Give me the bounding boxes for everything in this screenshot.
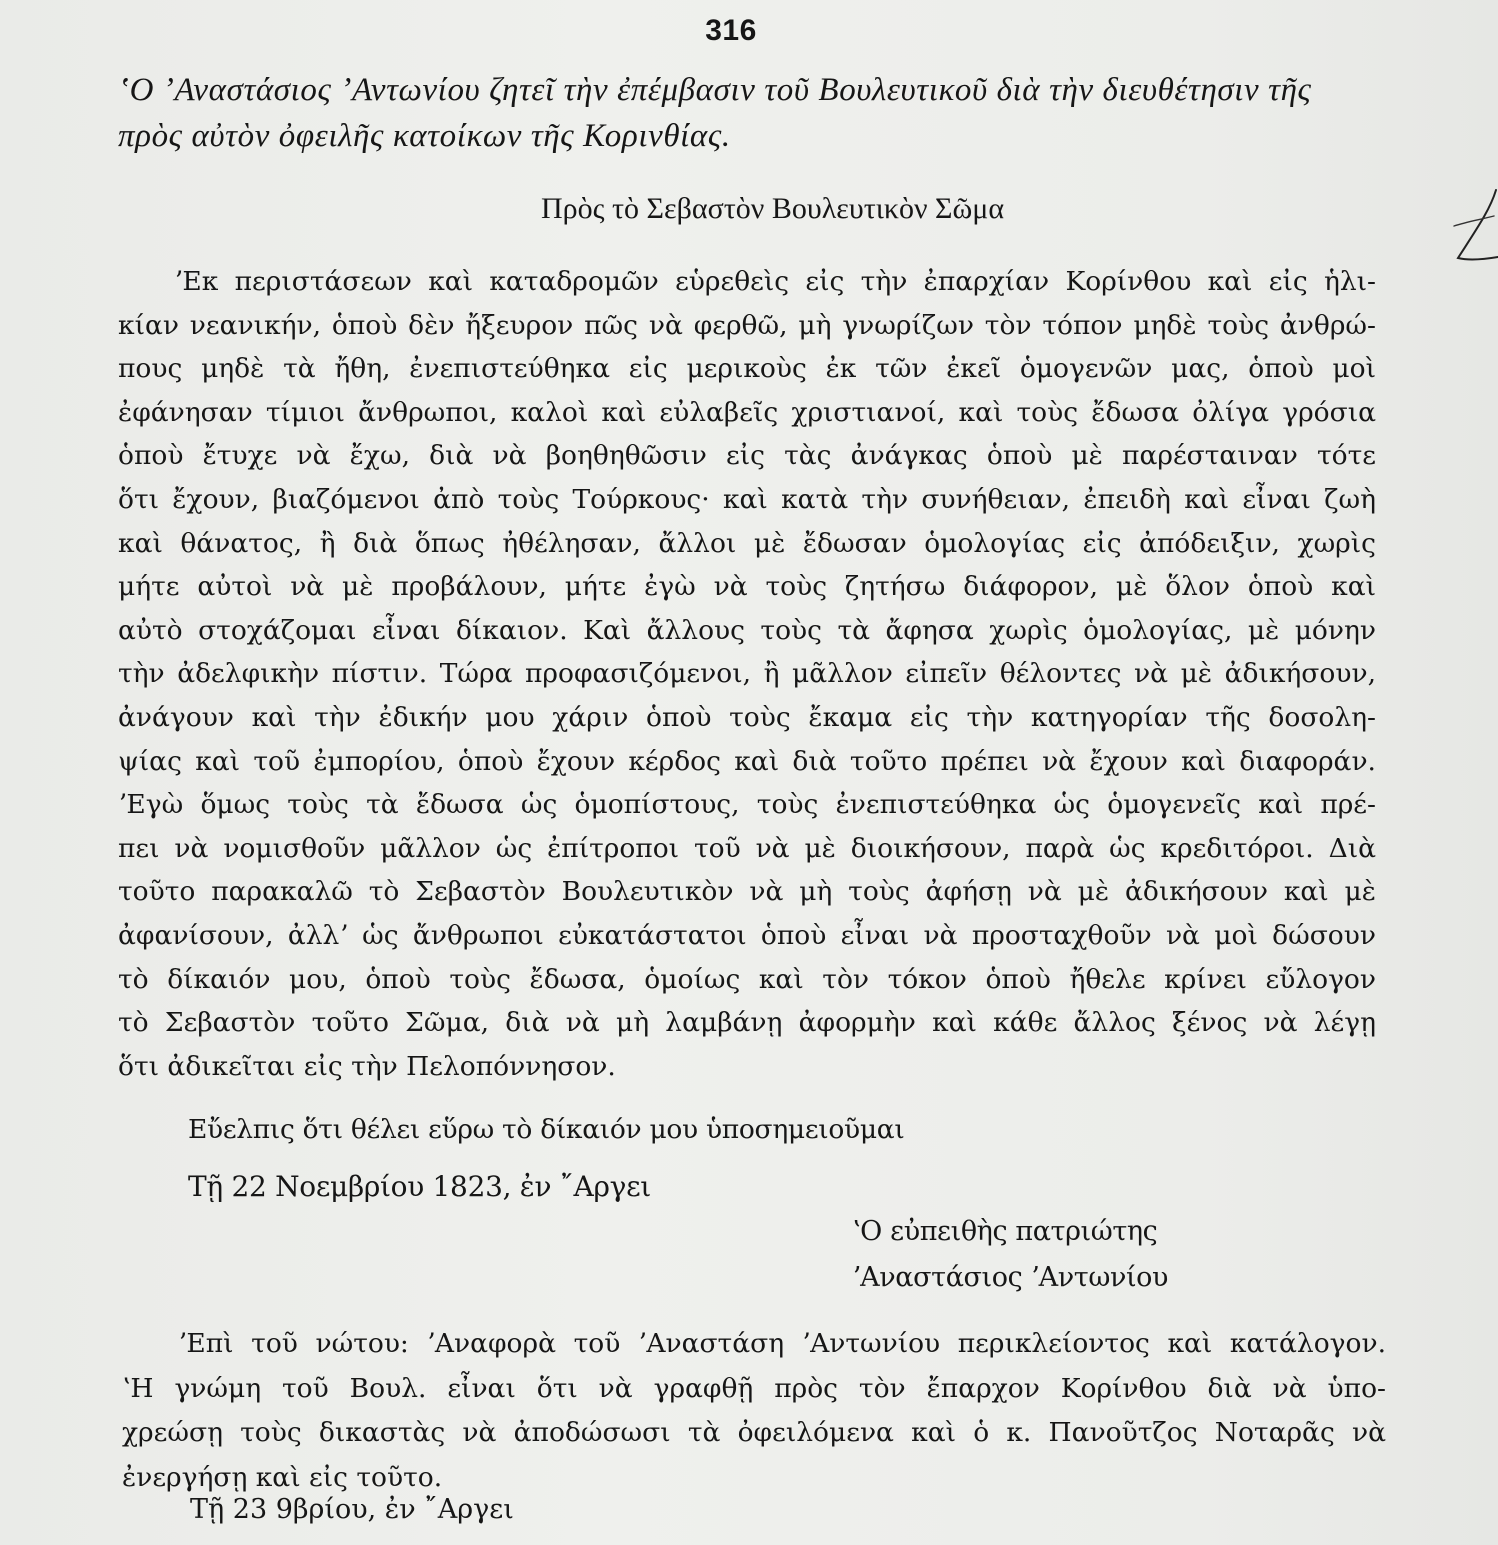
body-line: αὐτὸ στοχάζομαι εἶναι δίκαιον. Καὶ ἄλλου… xyxy=(118,609,1376,653)
address-line: Πρὸς τὸ Σεβαστὸν Βουλευτικὸν Σῶμα xyxy=(0,192,1498,226)
signature-name: ʼΑναστάσιος ʼΑντωνίου xyxy=(852,1262,1168,1293)
body-line: πει νὰ νομισθοῦν μᾶλλον ὡς ἐπίτροποι τοῦ… xyxy=(118,827,1376,871)
body-line: μήτε αὐτοὶ νὰ μὲ προβάλουν, μήτε ἐγὼ νὰ … xyxy=(118,565,1376,609)
heading-line-1: ʽΟ ʼΑναστάσιος ʼΑντωνίου ζητεῖ τὴν ἐπέμβ… xyxy=(118,72,1312,109)
letter-body: ʼΕκ περιστάσεων καὶ καταδρομῶν εὑρεθεὶς … xyxy=(118,260,1376,1088)
body-line: καὶ θάνατος, ἢ διὰ ὅπως ἠθέλησαν, ἄλλοι … xyxy=(118,522,1376,566)
closing-line: Εὔελπις ὅτι θέλει εὕρω τὸ δίκαιόν μου ὑπ… xyxy=(188,1114,904,1145)
body-line: ἀνάγουν καὶ τὴν ἐδικήν μου χάριν ὁποὺ το… xyxy=(118,696,1376,740)
note-line: ʽΗ γνώμη τοῦ Βουλ. εἶναι ὅτι νὰ γραφθῇ π… xyxy=(122,1367,1386,1412)
body-line: ʼΕκ περιστάσεων καὶ καταδρομῶν εὑρεθεὶς … xyxy=(118,260,1376,304)
endorsement-note: ʼΕπὶ τοῦ νώτου: ʼΑναφορὰ τοῦ ʼΑναστάση ʼ… xyxy=(122,1322,1386,1500)
heading-line-2: πρὸς αὐτὸν ὀφειλῆς κατοίκων τῆς Κορινθία… xyxy=(118,118,731,155)
signature-title: ʽΟ εὐπειθὴς πατριώτης xyxy=(852,1216,1157,1247)
document-page: 316 ʽΟ ʼΑναστάσιος ʼΑντωνίου ζητεῖ τὴν ἐ… xyxy=(0,0,1498,1545)
body-line: πους μηδὲ τὰ ἤθη, ἐνεπιστεύθηκα εἰς μερι… xyxy=(118,347,1376,391)
body-line: ὅτι ἀδικεῖται εἰς τὴν Πελοπόννησον. xyxy=(118,1045,1376,1089)
note-line: ʼΕπὶ τοῦ νώτου: ʼΑναφορὰ τοῦ ʼΑναστάση ʼ… xyxy=(122,1322,1386,1367)
note-date: Τῇ 23 9βρίου, ἐν ῎Αργει xyxy=(190,1494,514,1525)
page-number: 316 xyxy=(0,14,1462,48)
body-line: ἐφάνησαν τίμιοι ἄνθρωποι, καλοὶ καὶ εὐλα… xyxy=(118,391,1376,435)
body-line: ψίας καὶ τοῦ ἐμπορίου, ὁποὺ ἔχουν κέρδος… xyxy=(118,740,1376,784)
body-line: τὴν ἀδελφικὴν πίστιν. Τώρα προφασιζόμενο… xyxy=(118,652,1376,696)
handwritten-mark-icon xyxy=(1448,186,1498,266)
body-line: τὸ Σεβαστὸν τοῦτο Σῶμα, διὰ νὰ μὴ λαμβάν… xyxy=(118,1001,1376,1045)
body-line: ὁποὺ ἔτυχε νὰ ἔχω, διὰ νὰ βοηθηθῶσιν εἰς… xyxy=(118,434,1376,478)
body-line: τοῦτο παρακαλῶ τὸ Σεβαστὸν Βουλευτικὸν ν… xyxy=(118,870,1376,914)
body-line: τὸ δίκαιόν μου, ὁποὺ τοὺς ἔδωσα, ὁμοίως … xyxy=(118,958,1376,1002)
letter-date: Τῇ 22 Νοεμβρίου 1823, ἐν ῎Αργει xyxy=(188,1170,651,1203)
note-line: χρεώσῃ τοὺς δικαστὰς νὰ ἀποδώσωσι τὰ ὀφε… xyxy=(122,1411,1386,1456)
body-line: ἀφανίσουν, ἀλλʼ ὡς ἄνθρωποι εὐκατάστατοι… xyxy=(118,914,1376,958)
body-line: κίαν νεανικήν, ὁποὺ δὲν ἤξευρον πῶς νὰ φ… xyxy=(118,304,1376,348)
body-line: ὅτι ἔχουν, βιαζόμενοι ἀπὸ τοὺς Τούρκους·… xyxy=(118,478,1376,522)
body-line: ʼΕγὼ ὅμως τοὺς τὰ ἔδωσα ὡς ὁμοπίστους, τ… xyxy=(118,783,1376,827)
